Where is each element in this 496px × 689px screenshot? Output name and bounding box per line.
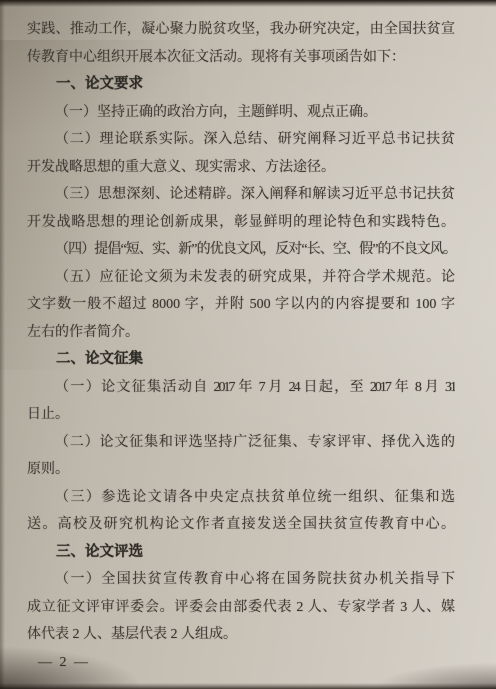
text-line: （二）理论联系实际。深入总结、研究阐释习近平总书记扶贫: [27, 126, 455, 154]
text-line: （三）思想深刻、论述精辟。深入阐释和解读习近平总书记扶贫: [27, 181, 455, 209]
text-line: （四）提倡“短、实、新”的优良文风，反对“长、空、假”的不良文风。: [27, 236, 455, 264]
text-line: 传教育中心组织开展本次征文活动。现将有关事项函告如下：: [27, 44, 455, 72]
text-line: 成立征文评审评委会。评委会由部委代表 2 人、专家学者 3 人、媒: [27, 594, 455, 622]
text-line: （二）论文征集和评选坚持广泛征集、专家评审、择优入选的: [27, 429, 455, 457]
photo-edge-top: [0, 0, 496, 7]
text-line: 开发战略思想的理论创新成果，彰显鲜明的理论特色和实践特色。: [27, 209, 455, 237]
text-line: （一）全国扶贫宣传教育中心将在国务院扶贫办机关指导下: [27, 566, 455, 594]
text-line: （三）参选论文请各中央定点扶贫单位统一组织、征集和选: [27, 484, 455, 512]
text-line: 开发战略思想的重大意义、现实需求、方法途径。: [27, 154, 455, 182]
document-photo: 实践、推动工作，凝心聚力脱贫攻坚，我办研究决定，由全国扶贫宣传教育中心组织开展本…: [0, 0, 496, 689]
text-line: （一）论文征集活动自 2017 年 7 月 24 日起，至 2017 年 8 月…: [27, 374, 455, 402]
text-line: （一）坚持正确的政治方向，主题鲜明、观点正确。: [27, 99, 455, 127]
text-line: 左右的作者简介。: [27, 319, 455, 347]
text-line: 送。高校及研究机构论文作者直接发送全国扶贫宣传教育中心。: [27, 511, 455, 539]
section-heading: 二、论文征集: [27, 346, 455, 374]
section-heading: 一、论文要求: [27, 71, 455, 99]
text-line: （五）应征论文须为未发表的研究成果，并符合学术规范。论: [27, 264, 455, 292]
text-line: 文字数一般不超过 8000 字，并附 500 字以内的内容提要和 100 字: [27, 291, 455, 319]
text-line: 原则。: [27, 456, 455, 484]
document-body: 实践、推动工作，凝心聚力脱贫攻坚，我办研究决定，由全国扶贫宣传教育中心组织开展本…: [27, 16, 455, 649]
text-line: 体代表 2 人、基层代表 2 人组成。: [27, 621, 455, 649]
photo-shadow-bottom-left: [0, 647, 140, 689]
photo-edge-left: [0, 0, 5, 689]
photo-shadow-bottom-right: [376, 663, 496, 689]
text-line: 日止。: [27, 401, 455, 429]
section-heading: 三、论文评选: [27, 539, 455, 567]
text-line: 实践、推动工作，凝心聚力脱贫攻坚，我办研究决定，由全国扶贫宣: [27, 16, 455, 44]
